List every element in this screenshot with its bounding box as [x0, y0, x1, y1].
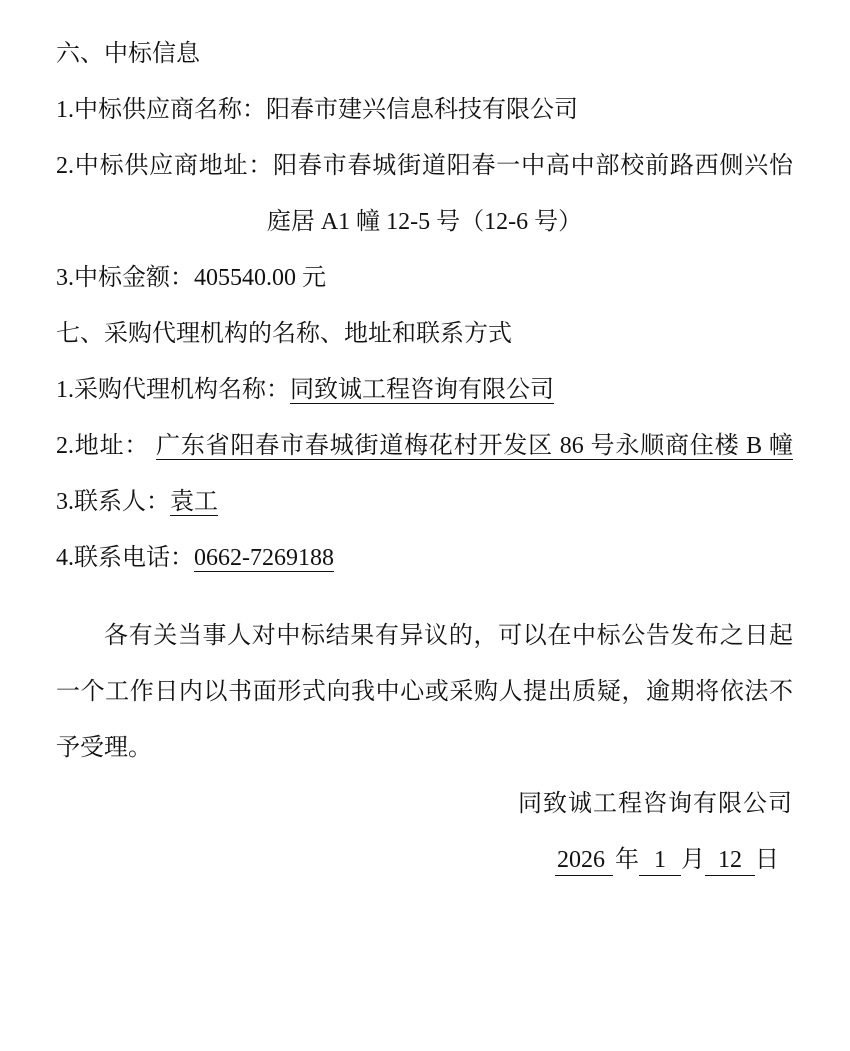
supplier-address-line1: 2.中标供应商地址：阳春市春城街道阳春一中高中部校前路西侧兴怡	[56, 138, 793, 194]
objection-paragraph-line1: 各有关当事人对中标结果有异议的，可以在中标公告发布之日起	[56, 608, 793, 664]
section6-heading: 六、中标信息	[56, 26, 793, 82]
agency-address-line: 2.地址： 广东省阳春市春城街道梅花村开发区 86 号永顺商住楼 B 幢	[56, 418, 793, 474]
date-day: 12	[705, 847, 755, 876]
contact-person-value: 袁工	[170, 489, 218, 515]
contact-phone-line: 4.联系电话：0662-7269188	[56, 530, 793, 586]
agency-name-label: 1.采购代理机构名称：	[56, 377, 290, 403]
agency-address-value: 广东省阳春市春城街道梅花村开发区 86 号永顺商住楼 B 幢	[156, 433, 793, 459]
section7-heading: 七、采购代理机构的名称、地址和联系方式	[56, 306, 793, 362]
agency-name-value: 同致诚工程咨询有限公司	[290, 377, 554, 403]
contact-person-label: 3.联系人：	[56, 489, 170, 515]
objection-paragraph-line3: 予受理。	[56, 720, 793, 776]
document-content: 六、中标信息 1.中标供应商名称：阳春市建兴信息科技有限公司 2.中标供应商地址…	[0, 0, 850, 888]
bid-amount-line: 3.中标金额：405540.00 元	[56, 250, 793, 306]
date-month-label: 月	[681, 847, 705, 873]
supplier-name-line: 1.中标供应商名称：阳春市建兴信息科技有限公司	[56, 82, 793, 138]
contact-person-line: 3.联系人：袁工	[56, 474, 793, 530]
agency-address-label: 2.地址：	[56, 433, 156, 459]
date-year: 2026	[555, 847, 613, 876]
signature-date: 2026年1月12日	[56, 832, 793, 888]
agency-name-line: 1.采购代理机构名称：同致诚工程咨询有限公司	[56, 362, 793, 418]
date-month: 1	[639, 847, 681, 876]
date-year-label: 年	[615, 847, 639, 873]
supplier-address-line2: 庭居 A1 幢 12-5 号（12-6 号）	[56, 194, 793, 250]
objection-paragraph-line2: 一个工作日内以书面形式向我中心或采购人提出质疑，逾期将依法不	[56, 664, 793, 720]
contact-phone-value: 0662-7269188	[194, 545, 334, 571]
signature-company: 同致诚工程咨询有限公司	[56, 776, 793, 832]
date-day-label: 日	[755, 847, 779, 873]
contact-phone-label: 4.联系电话：	[56, 545, 194, 571]
document-page: 六、中标信息 1.中标供应商名称：阳春市建兴信息科技有限公司 2.中标供应商地址…	[0, 0, 850, 1051]
